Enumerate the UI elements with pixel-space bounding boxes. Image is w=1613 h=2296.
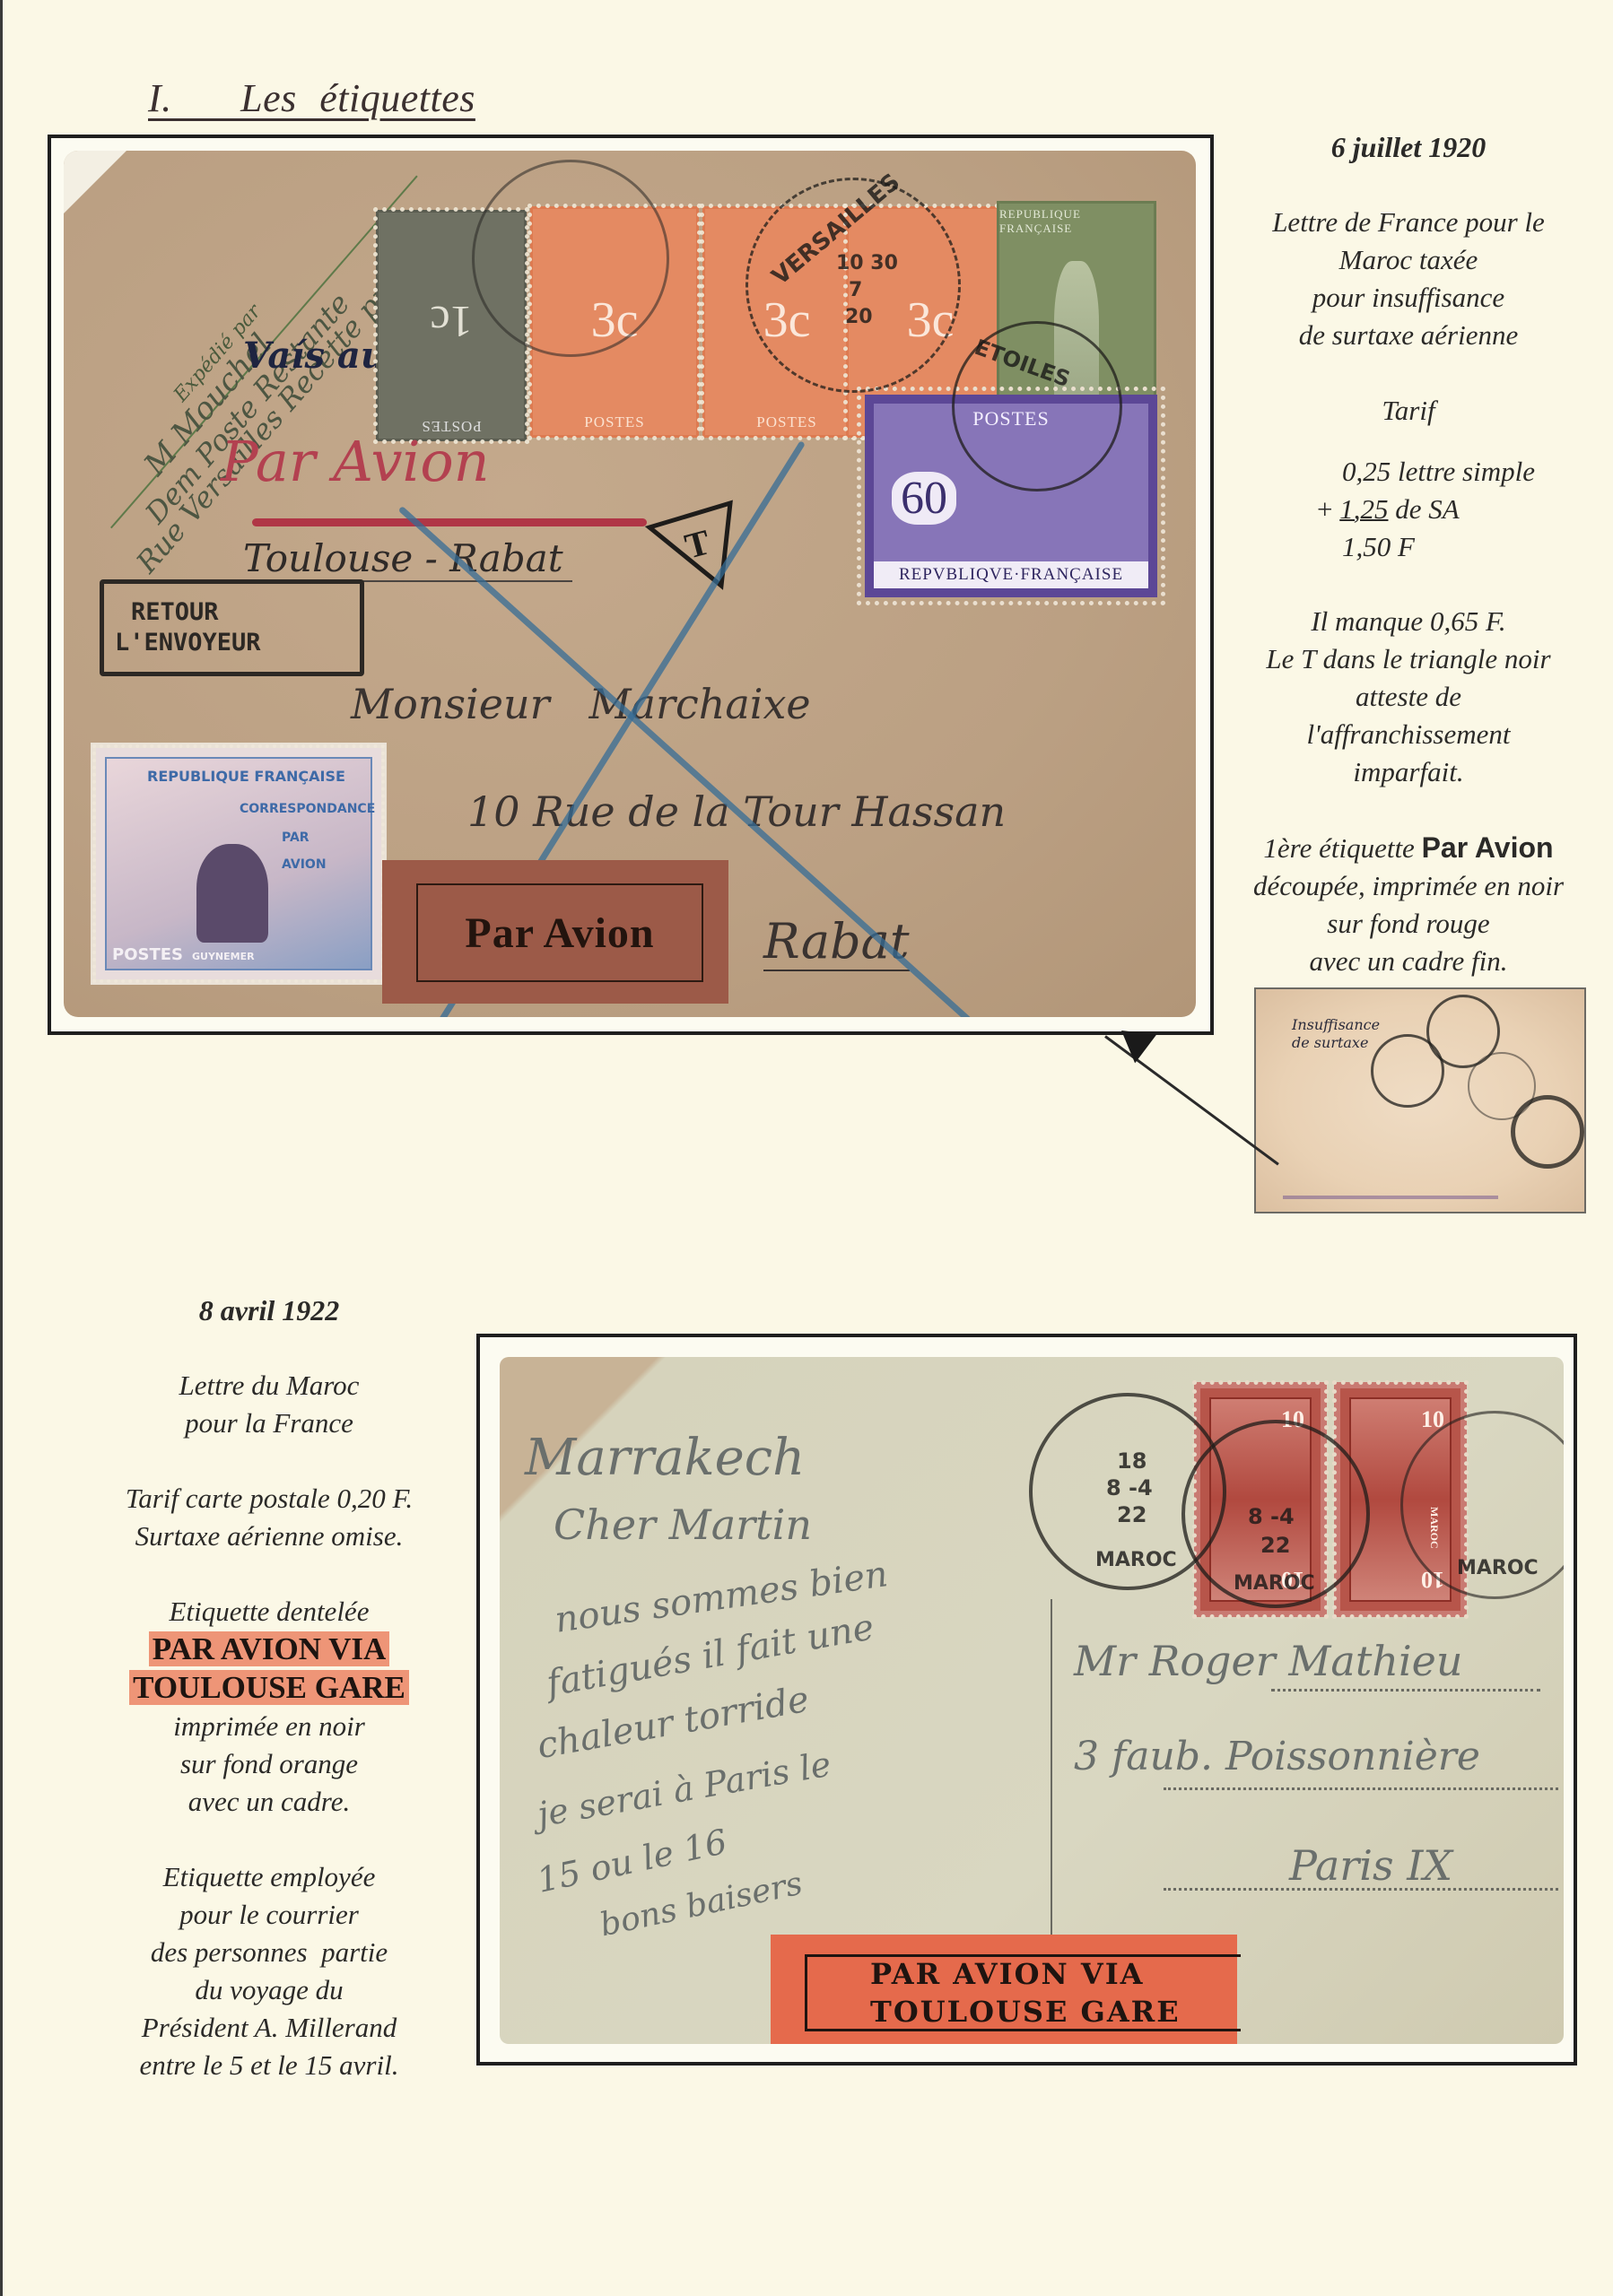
cover-frame-1922: Marrakech Cher Martin nous sommes bien f… [476, 1334, 1577, 2066]
message-line-2: Cher Martin [554, 1500, 812, 1549]
route-toulouse-rabat: Toulouse - Rabat [243, 536, 572, 582]
par-avion-via-toulouse-gare-label: PAR AVION VIA TOULOUSE GARE [771, 1935, 1237, 2044]
item1-date: 6 juillet 1920 [1211, 128, 1606, 166]
postmark-versailles: VERSAILLES 10 30 7 20 [745, 178, 961, 393]
portrait-guynemer-icon [196, 844, 268, 943]
item1-caption: 6 juillet 1920 Lettre de France pour le … [1211, 128, 1606, 430]
section-title: I. Les étiquettes [148, 75, 475, 121]
item2-date: 8 avril 1922 [72, 1291, 466, 1329]
envelope-back-thumbnail[interactable]: Insuffisance de surtaxe [1254, 987, 1586, 1213]
label-name-par-avion: Par Avion [1422, 831, 1554, 864]
manuscript-par-avion: Par Avion [221, 429, 490, 494]
tarif-line-1: 0,25 lettre simple [1317, 453, 1535, 491]
envelope-1920[interactable]: Expédié par M Mouchel Dem Poste Restante… [64, 151, 1196, 1017]
back-postmark-versailles [1511, 1095, 1584, 1169]
back-postmark-toulouse-gare [1371, 1034, 1444, 1108]
address-line-1: Monsieur Marchaixe [351, 680, 811, 728]
tarif-total: 1,50 F [1317, 528, 1535, 566]
card-address-3: Paris IX [1289, 1841, 1452, 1890]
postmark-marrakech-2: 8 -4 22 MAROC [1181, 1420, 1370, 1608]
item1-tarif-heading: Tarif [1211, 392, 1606, 430]
label-name-line-2: TOULOUSE GARE [129, 1670, 409, 1705]
tarif-sa-amount: 1,25 [1339, 493, 1388, 525]
guynemer-vignette: REPUBLIQUE FRANÇAISE CORRESPONDANCE PAR … [91, 743, 387, 985]
item1-desc-3: pour insuffisance [1211, 279, 1606, 317]
postmark-left [472, 160, 669, 357]
postmark-etoiles: ETOILES [952, 321, 1122, 491]
item1-desc-4: de surtaxe aérienne [1211, 317, 1606, 354]
item2-caption: 8 avril 1922 Lettre du Maroc pour la Fra… [72, 1291, 466, 2084]
item1-desc-2: Maroc taxée [1211, 241, 1606, 279]
postcard-1922[interactable]: Marrakech Cher Martin nous sommes bien f… [500, 1357, 1564, 2044]
card-address-2: 3 faub. Poissonnière [1074, 1734, 1480, 1779]
red-underline [252, 518, 647, 526]
message-line-1: Marrakech [525, 1429, 805, 1487]
page-edge [0, 0, 3, 2296]
item1-caption-2: Il manque 0,65 F. Le T dans le triangle … [1211, 603, 1606, 980]
item1-tarif-block: 0,25 lettre simple + 1,25 de SA 1,50 F [1317, 453, 1535, 566]
cover-frame-1920: Expédié par M Mouchel Dem Poste Restante… [48, 135, 1214, 1035]
par-avion-label: Par Avion [382, 860, 728, 1004]
retour-envoyeur-stamp: RETOUR L'ENVOYEUR [100, 579, 364, 676]
item1-desc-1: Lettre de France pour le [1211, 204, 1606, 241]
label-name-line-1: PAR AVION VIA [149, 1631, 390, 1666]
card-address-1: Mr Roger Mathieu [1074, 1637, 1463, 1685]
back-pencil-strike [1283, 1196, 1498, 1199]
